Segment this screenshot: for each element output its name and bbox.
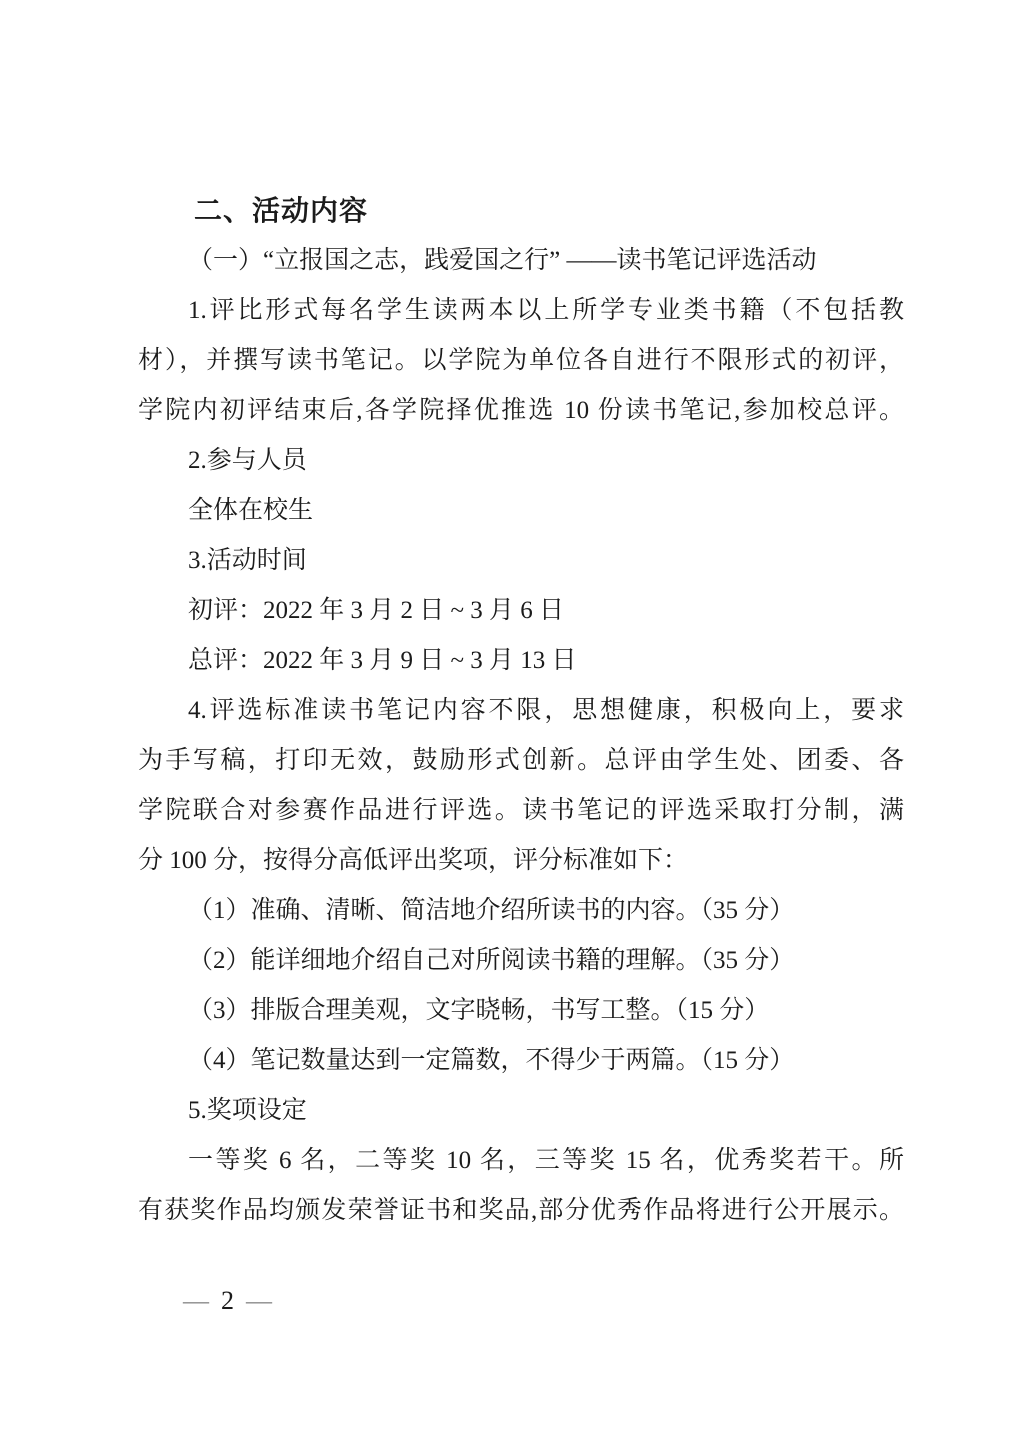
document-line: （1）准确、清晰、简洁地介绍所读书的内容。（35 分） (138, 886, 904, 936)
document-line: 3.活动时间 (138, 536, 904, 586)
document-line: 1.评比形式每名学生读两本以上所学专业类书籍（不包括教 (138, 286, 904, 336)
document-line: （4）笔记数量达到一定篇数，不得少于两篇。（15 分） (138, 1036, 904, 1086)
document-line: （2）能详细地介绍自己对所阅读书籍的理解。（35 分） (138, 936, 904, 986)
document-line: 学院联合对参赛作品进行评选。读书笔记的评选采取打分制，满 (138, 786, 904, 836)
document-body: 二、活动内容 （一）“立报国之志，践爱国之行” ——读书笔记评选活动 1.评比形… (138, 186, 904, 1236)
page-number: 2 (209, 1286, 246, 1315)
document-line: （3）排版合理美观，文字晓畅，书写工整。（15 分） (138, 986, 904, 1036)
document-line: 2.参与人员 (138, 436, 904, 486)
document-line: （一）“立报国之志，践爱国之行” ——读书笔记评选活动 (138, 236, 904, 286)
footer-dash-left: — (183, 1286, 209, 1315)
document-line: 4.评选标准读书笔记内容不限，思想健康，积极向上，要求 (138, 686, 904, 736)
document-line: 学院内初评结束后,各学院择优推选 10 份读书笔记,参加校总评。 (138, 386, 904, 436)
document-line: 5.奖项设定 (138, 1086, 904, 1136)
document-line: 材），并撰写读书笔记。以学院为单位各自进行不限形式的初评， (138, 336, 904, 386)
footer-dash-right: — (246, 1286, 272, 1315)
document-line: 全体在校生 (138, 486, 904, 536)
document-page: 二、活动内容 （一）“立报国之志，践爱国之行” ——读书笔记评选活动 1.评比形… (0, 0, 1024, 1448)
document-line: 分 100 分，按得分高低评出奖项，评分标准如下： (138, 836, 904, 886)
section-heading: 二、活动内容 (138, 186, 904, 236)
document-line: 一等奖 6 名，二等奖 10 名，三等奖 15 名，优秀奖若干。所 (138, 1136, 904, 1186)
document-line: 总评：2022 年 3 月 9 日 ~ 3 月 13 日 (138, 636, 904, 686)
page-footer: —2— (183, 1283, 272, 1319)
document-line: 初评：2022 年 3 月 2 日 ~ 3 月 6 日 (138, 586, 904, 636)
document-line: 有获奖作品均颁发荣誉证书和奖品,部分优秀作品将进行公开展示。 (138, 1186, 904, 1236)
document-line: 为手写稿，打印无效，鼓励形式创新。总评由学生处、团委、各 (138, 736, 904, 786)
